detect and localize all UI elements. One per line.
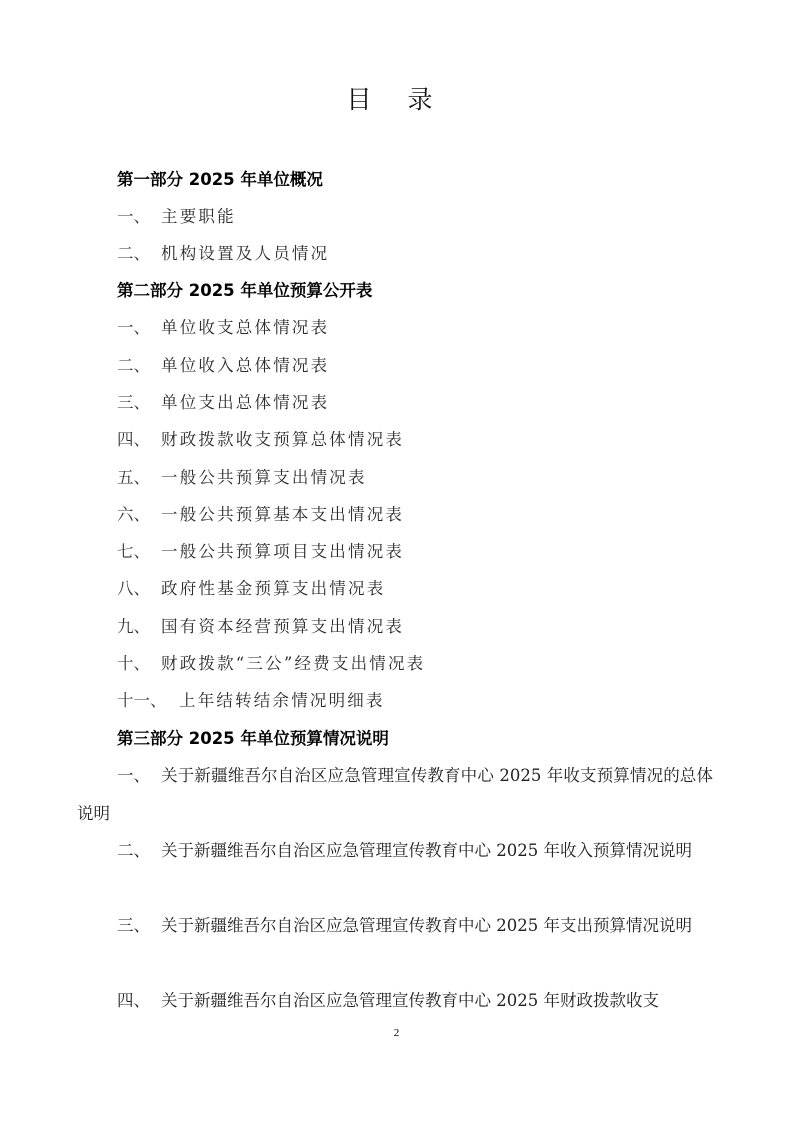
toc-item-text: 国有资本经营预算支出情况表 xyxy=(161,617,404,636)
toc-item-number: 一、 xyxy=(117,207,161,227)
toc-item-number: 十一、 xyxy=(117,691,179,711)
toc-item-number: 八、 xyxy=(117,579,161,599)
toc-item-text: 单位支出总体情况表 xyxy=(161,393,329,412)
toc-item-text: 单位收支总体情况表 xyxy=(161,318,329,337)
toc-item[interactable]: 二、机构设置及人员情况 xyxy=(117,244,329,264)
toc-item-text: 机构设置及人员情况 xyxy=(161,244,329,263)
toc-item[interactable]: 二、单位收入总体情况表 xyxy=(117,356,329,376)
toc-item-text: 关于新疆维吾尔自治区应急管理宣传教育中心 2025 年支出预算情况说明 xyxy=(161,916,692,935)
toc-item-number: 六、 xyxy=(117,505,161,525)
toc-item[interactable]: 一、单位收支总体情况表 xyxy=(117,318,329,338)
toc-item[interactable]: 十、财政拨款“三公”经费支出情况表 xyxy=(117,654,425,674)
toc-item[interactable]: 六、一般公共预算基本支出情况表 xyxy=(117,505,404,525)
toc-item-number: 九、 xyxy=(117,617,161,637)
toc-part3-heading[interactable]: 第三部分 2025 年单位预算情况说明 xyxy=(117,729,389,749)
toc-part1-heading[interactable]: 第一部分 2025 年单位概况 xyxy=(117,170,323,190)
toc-item-number: 二、 xyxy=(117,356,161,376)
toc-item[interactable]: 五、一般公共预算支出情况表 xyxy=(117,468,367,488)
toc-item-number: 七、 xyxy=(117,542,161,562)
toc-item-number: 四、 xyxy=(117,430,161,450)
toc-item-number: 三、 xyxy=(117,907,161,945)
toc-item-number: 二、 xyxy=(117,244,161,264)
toc-item-text: 一般公共预算基本支出情况表 xyxy=(161,505,404,524)
toc-item-number: 十、 xyxy=(117,654,161,674)
toc-part2-heading[interactable]: 第二部分 2025 年单位预算公开表 xyxy=(117,281,372,301)
toc-item-number: 二、 xyxy=(117,832,161,870)
toc-item-text: 上年结转结余情况明细表 xyxy=(179,691,385,710)
toc-item[interactable]: 三、单位支出总体情况表 xyxy=(117,393,329,413)
toc-item-text: 一般公共预算项目支出情况表 xyxy=(161,542,404,561)
toc-item-number: 一、 xyxy=(117,757,161,795)
toc-item-text: 一般公共预算支出情况表 xyxy=(161,468,367,487)
toc-item[interactable]: 八、政府性基金预算支出情况表 xyxy=(117,579,385,599)
toc-item-text: 财政拨款收支预算总体情况表 xyxy=(161,430,404,449)
toc-paragraph-item[interactable]: 一、关于新疆维吾尔自治区应急管理宣传教育中心 2025 年收支预算情况的总体说明 xyxy=(77,757,713,832)
toc-item-text: 关于新疆维吾尔自治区应急管理宣传教育中心 2025 年收入预算情况说明 xyxy=(161,841,692,860)
toc-item[interactable]: 十一、上年结转结余情况明细表 xyxy=(117,691,385,711)
toc-item[interactable]: 九、国有资本经营预算支出情况表 xyxy=(117,617,404,637)
toc-item[interactable]: 一、主要职能 xyxy=(117,207,236,227)
toc-item-text: 关于新疆维吾尔自治区应急管理宣传教育中心 2025 年收支预算情况的总体说明 xyxy=(77,766,713,823)
toc-item-number: 三、 xyxy=(117,393,161,413)
toc-item-text: 政府性基金预算支出情况表 xyxy=(161,579,385,598)
toc-item[interactable]: 七、一般公共预算项目支出情况表 xyxy=(117,542,404,562)
toc-item-text: 主要职能 xyxy=(161,207,236,226)
toc-item-number: 五、 xyxy=(117,468,161,488)
toc-item-text: 财政拨款“三公”经费支出情况表 xyxy=(161,654,425,673)
toc-item-text: 关于新疆维吾尔自治区应急管理宣传教育中心 2025 年财政拨款收支 xyxy=(161,991,659,1010)
toc-item-number: 四、 xyxy=(117,982,161,1020)
toc-paragraph-item[interactable]: 三、关于新疆维吾尔自治区应急管理宣传教育中心 2025 年支出预算情况说明 xyxy=(77,907,713,945)
toc-item-number: 一、 xyxy=(117,318,161,338)
page-title: 目 录 xyxy=(0,80,793,116)
toc-item-text: 单位收入总体情况表 xyxy=(161,356,329,375)
toc-item[interactable]: 四、财政拨款收支预算总体情况表 xyxy=(117,430,404,450)
document-page: 目 录 第一部分 2025 年单位概况 一、主要职能 二、机构设置及人员情况 第… xyxy=(0,0,793,1122)
page-number: 2 xyxy=(0,1027,793,1039)
toc-paragraph-item[interactable]: 二、关于新疆维吾尔自治区应急管理宣传教育中心 2025 年收入预算情况说明 xyxy=(77,832,713,870)
toc-paragraph-item[interactable]: 四、关于新疆维吾尔自治区应急管理宣传教育中心 2025 年财政拨款收支 xyxy=(77,982,713,1020)
